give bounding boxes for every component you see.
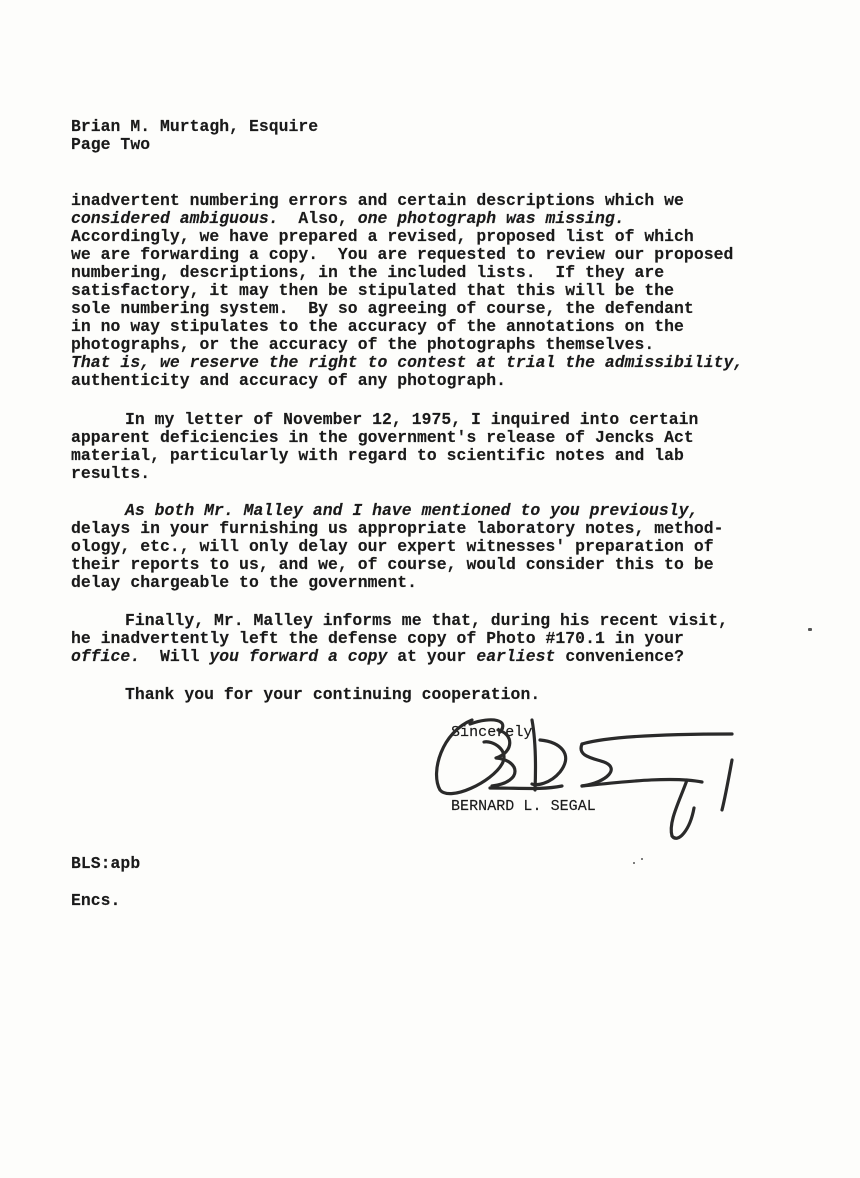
body-line: considered ambiguous. Also, one photogra… [71,210,625,228]
body-line: ology, etc., will only delay our expert … [71,538,714,556]
body-line: delays in your furnishing us appropriate… [71,520,723,538]
italic-text: earliest [476,647,555,666]
body-line: inadvertent numbering errors and certain… [71,192,684,210]
body-text: at your [387,647,476,666]
body-line: sole numbering system. By so agreeing of… [71,300,694,318]
paper-speck [641,858,643,860]
body-line-italic: As both Mr. Malley and I have mentioned … [125,502,698,520]
body-line: we are forwarding a copy. You are reques… [71,246,733,264]
letter-page: Brian M. Murtagh, Esquire Page Two inadv… [0,0,860,1178]
body-text: Will [140,647,209,666]
body-text: Also, [279,209,358,228]
italic-text: you forward a copy [209,647,387,666]
body-line: authenticity and accuracy of any photogr… [71,372,506,390]
body-line: photographs, or the accuracy of the phot… [71,336,654,354]
body-line-italic: That is, we reserve the right to contest… [71,354,743,372]
italic-text: office. [71,647,140,666]
body-line: numbering, descriptions, in the included… [71,264,664,282]
body-line: apparent deficiencies in the government'… [71,429,694,447]
italic-text: one photograph was missing. [358,209,625,228]
enclosures-note: Encs. [71,892,120,910]
body-line: in no way stipulates to the accuracy of … [71,318,684,336]
body-line: their reports to us, and we, of course, … [71,556,714,574]
body-line: delay chargeable to the government. [71,574,417,592]
recipient-line: Brian M. Murtagh, Esquire [71,118,318,136]
body-line: Accordingly, we have prepared a revised,… [71,228,694,246]
page-number-line: Page Two [71,136,150,154]
body-text: convenience? [555,647,684,666]
signer-name: BERNARD L. SEGAL [451,798,596,816]
italic-text: considered ambiguous. [71,209,279,228]
paper-speck [633,862,635,864]
body-line: office. Will you forward a copy at your … [71,648,684,666]
typist-initials: BLS:apb [71,855,140,873]
body-line: material, particularly with regard to sc… [71,447,684,465]
paper-speck [808,628,812,631]
body-line: he inadvertently left the defense copy o… [71,630,684,648]
body-line: In my letter of November 12, 1975, I inq… [125,411,698,429]
thank-you-line: Thank you for your continuing cooperatio… [125,686,540,704]
signature-icon [432,712,752,847]
body-line: Finally, Mr. Malley informs me that, dur… [125,612,728,630]
body-line: satisfactory, it may then be stipulated … [71,282,674,300]
body-line: results. [71,465,150,483]
